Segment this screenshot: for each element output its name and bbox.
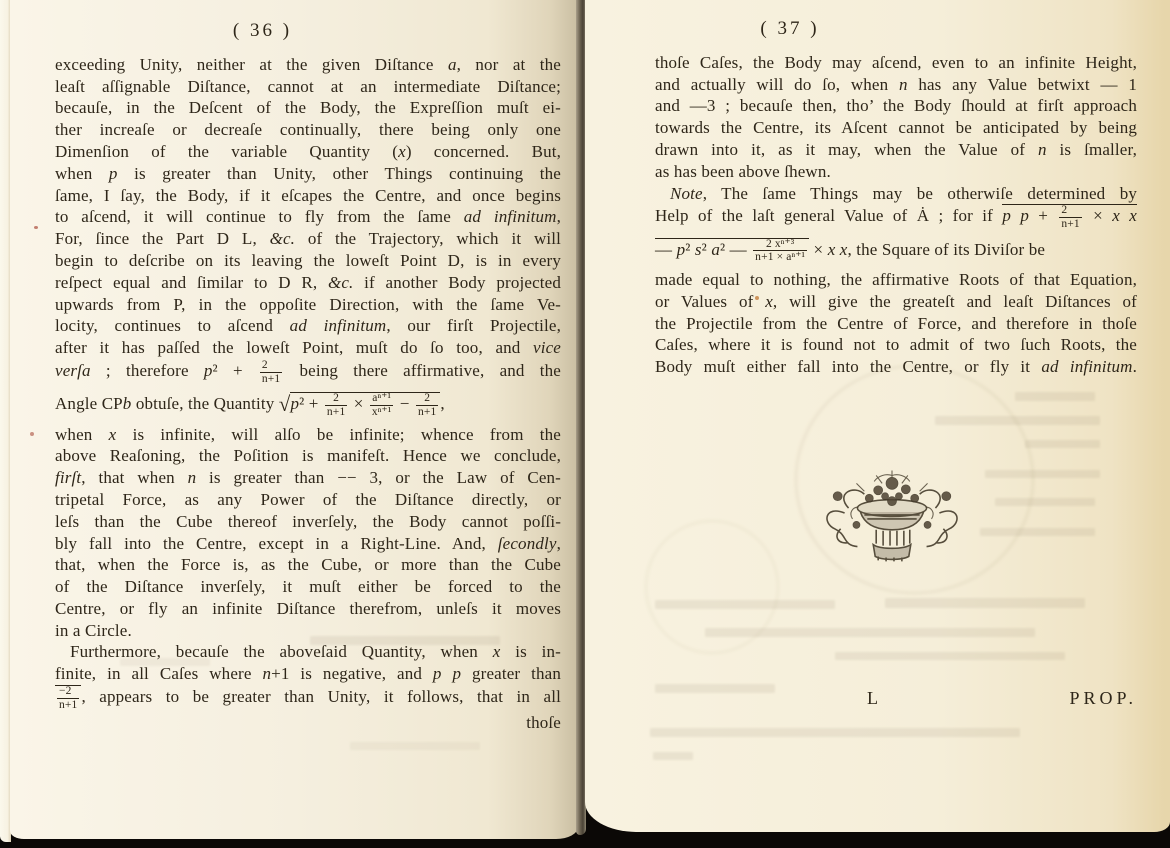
ink-speck [34,226,38,229]
show-through-smudge [655,684,775,693]
text-line: Caſes, where it is found not to admit of… [655,334,1137,356]
book-scan-photo: { "colors": { "paper": "#f5efdf", "ink":… [0,0,1170,848]
text-line: locity, continues to aſcend ad infinitum… [55,315,561,337]
text-line: Centre, or fly an infinite Diſtance ther… [55,598,561,620]
text-line: that, when the Force is, as the Cube, or… [55,554,561,576]
text-line: Body muſt either fall into the Centre, o… [655,356,1137,378]
signature-mark: L [867,688,878,709]
catchword-left: thoſe [55,712,561,734]
right-text-block: ( 37 ) thoſe Caſes, the Body may aſcend,… [655,18,1137,378]
left-text-block: ( 36 ) exceeding Unity, neither at the g… [55,20,561,734]
text-line: Help of the laſt general Value of Ȧ ; fo… [655,204,1137,230]
radical-sign: √ [279,392,291,416]
text-line: begin to deſcribe on its leaving the low… [55,250,561,272]
ink-speck [30,432,34,436]
fraction: 2n+1 [416,392,438,418]
text-line: thoſe Caſes, the Body may aſcend, even t… [655,52,1137,74]
text-line: becauſe, in the Deſcent of the Body, the… [55,97,561,119]
text-line: after it has paſſed the loweſt Point, mu… [55,337,561,359]
fraction: aⁿ⁺¹xⁿ⁺¹ [370,392,394,418]
text-line: made equal to nothing, the affirmative R… [655,269,1137,291]
text-line: −2n+1, appears to be greater than Unity,… [55,685,561,711]
show-through-smudge [1025,440,1100,448]
right-page: ( 37 ) thoſe Caſes, the Body may aſcend,… [585,0,1170,832]
left-page: ( 36 ) exceeding Unity, neither at the g… [10,0,578,839]
page-number-left: ( 36 ) [55,20,470,42]
text-line: exceeding Unity, neither at the given Di… [55,54,561,76]
fraction: 2n+1 [325,392,347,418]
text-line: tripetal Force, as any Power of the Diſt… [55,489,561,511]
text-line: and —3 ; becauſe then, tho’ the Body ſho… [655,95,1137,117]
text-line: leaſt aſſignable Diſtance, cannot at an … [55,76,561,98]
show-through-smudge [350,742,480,750]
show-through-smudge [653,752,693,760]
text-line: the Projectile from the Centre of Force,… [655,313,1137,335]
text-line: drawn into it, as it may, when the Value… [655,139,1137,161]
fraction: 2n+1 [260,359,282,385]
floral-ornament-engraving [813,463,971,563]
text-line: upwards from P, in the oppoſite Directio… [55,294,561,316]
text-line: of the Diſtance inverſely, it muſt eithe… [55,576,561,598]
text-line: For, ſince the Part D L, &c. of the Traj… [55,228,561,250]
fraction: 2 xⁿ⁺³n+1 × aⁿ⁺¹ [753,238,807,264]
page-number-right: ( 37 ) [655,18,925,40]
text-line: Angle CPb obtuſe, the Quantity √p² + 2n+… [55,392,561,418]
text-line: when x is infinite, will alſo be infinit… [55,424,561,446]
text-line: in a Circle. [55,620,561,642]
text-line: and actually will do ſo, when n has any … [655,74,1137,96]
show-through-smudge [995,498,1095,506]
show-through-smudge [835,652,1065,660]
show-through-smudge [980,528,1095,536]
text-line: ther increaſe or decreaſe continually, t… [55,119,561,141]
text-line: reſpect equal and ſimilar to D R, &c. if… [55,272,561,294]
show-through-smudge [650,728,1020,737]
text-line: Furthermore, becauſe the aboveſaid Quant… [55,641,561,663]
show-through-smudge [885,598,1085,608]
text-line: Dimenſion of the variable Quantity (x) c… [55,141,561,163]
show-through-circle [645,520,779,654]
text-line: towards the Centre, its Aſcent cannot be… [655,117,1137,139]
fraction: 2n+1 [1059,204,1081,230]
vinculum-group: p² + 2n+1 × aⁿ⁺¹xⁿ⁺¹ − 2n+1 [290,392,440,413]
right-page-body: thoſe Caſes, the Body may aſcend, even t… [655,52,1137,378]
text-line: — p² s² a² — 2 xⁿ⁺³n+1 × aⁿ⁺¹ × x x, the… [655,238,1137,264]
show-through-smudge [985,470,1100,478]
text-line: as has been above ſhewn. [655,161,1137,183]
show-through-smudge [705,628,1035,637]
text-line: when p is greater than Unity, other Thin… [55,163,561,185]
text-line: verſa ; therefore p² + 2n+1 being there … [55,359,561,385]
text-line: ſame, I ſay, the Body, if it eſcapes the… [55,185,561,207]
text-line: leſs than the Cube thereof inverſely, th… [55,511,561,533]
vinculum-group: — p² s² a² — 2 xⁿ⁺³n+1 × aⁿ⁺¹ [655,238,809,259]
text-line: bly fall into the Centre, except in a Ri… [55,533,561,555]
show-through-smudge [935,416,1100,425]
text-line: to aſcend, it will continue to fly from … [55,206,561,228]
vinculum-group: −2n+1 [55,685,81,706]
fraction: −2n+1 [57,685,79,711]
text-line: above Reaſoning, the Poſition is manifeſ… [55,445,561,467]
text-line: finite, in all Caſes where n+1 is negati… [55,663,561,685]
vinculum-group: p p + 2n+1 × x x [1002,204,1137,225]
left-page-body: exceeding Unity, neither at the given Di… [55,54,561,712]
text-line: or Values of x, will give the greateſt a… [655,291,1137,313]
show-through-smudge [1015,392,1095,401]
text-line: firſt, that when n is greater than −− 3,… [55,467,561,489]
show-through-smudge [655,600,835,609]
catchword-right: PROP. [1069,688,1137,709]
text-line: Note, The ſame Things may be otherwiſe d… [655,183,1137,205]
